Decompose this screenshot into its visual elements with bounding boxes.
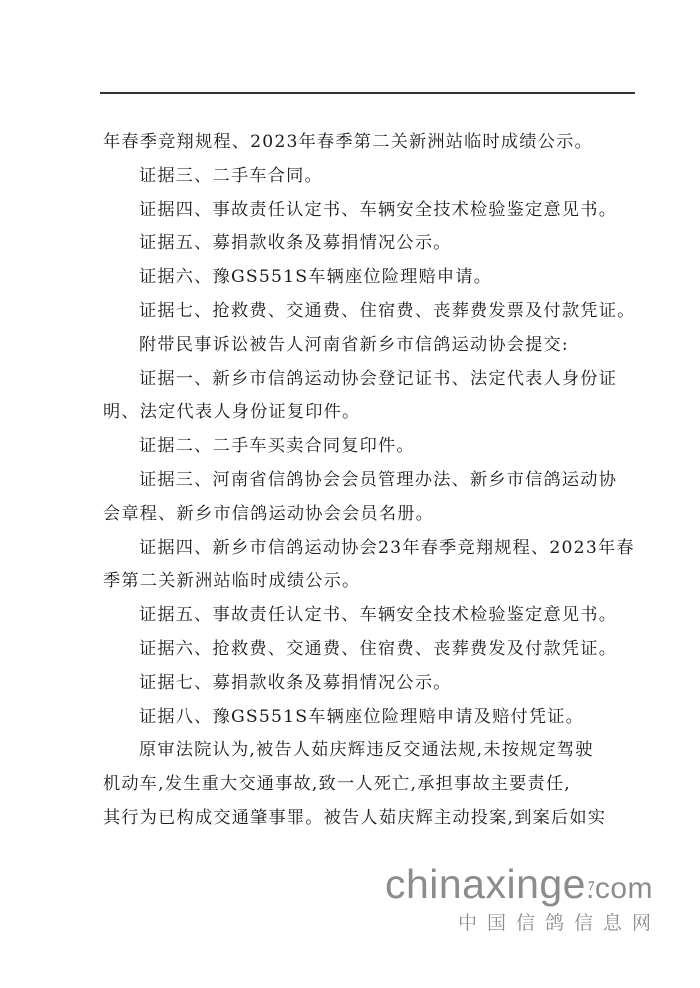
text-line: 证据六、豫GS551S车辆座位险理赔申请。 <box>103 261 633 295</box>
text-line: 附带民事诉讼被告人河南省新乡市信鸽运动协会提交: <box>103 329 633 363</box>
page-number: 7 <box>588 878 595 894</box>
watermark-site: chinaxinge <box>385 861 586 907</box>
watermark-name: 中国信鸽信息网 <box>383 911 661 935</box>
site-watermark: chinaxinge.com 中国信鸽信息网 <box>383 862 653 935</box>
document-body: 年春季竞翔规程、2023年春季第二关新洲站临时成绩公示。 证据三、二手车合同。 … <box>103 126 633 836</box>
text-line: 机动车,发生重大交通事故,致一人死亡,承担事故主要责任, <box>103 768 633 802</box>
text-line: 季第二关新洲站临时成绩公示。 <box>103 565 633 599</box>
text-line: 明、法定代表人身份证复印件。 <box>103 396 633 430</box>
text-line: 证据二、二手车买卖合同复印件。 <box>103 430 633 464</box>
text-line: 证据五、募捐款收条及募捐情况公示。 <box>103 227 633 261</box>
text-line: 证据八、豫GS551S车辆座位险理赔申请及赔付凭证。 <box>103 701 633 735</box>
watermark-tld: .com <box>586 872 653 905</box>
text-line: 证据五、事故责任认定书、车辆安全技术检验鉴定意见书。 <box>103 599 633 633</box>
text-line: 证据四、新乡市信鸽运动协会23年春季竞翔规程、2023年春 <box>103 532 633 566</box>
text-line: 证据四、事故责任认定书、车辆安全技术检验鉴定意见书。 <box>103 194 633 228</box>
text-line: 会章程、新乡市信鸽运动协会会员名册。 <box>103 498 633 532</box>
header-rule <box>100 92 635 94</box>
text-line: 证据七、抢救费、交通费、住宿费、丧葬费发票及付款凭证。 <box>103 295 633 329</box>
text-line: 其行为已构成交通肇事罪。被告人茹庆辉主动投案,到案后如实 <box>103 802 633 836</box>
text-line: 证据三、河南省信鸽协会会员管理办法、新乡市信鸽运动协 <box>103 464 633 498</box>
text-line: 原审法院认为,被告人茹庆辉违反交通法规,未按规定驾驶 <box>103 734 633 768</box>
text-line: 证据七、募捐款收条及募捐情况公示。 <box>103 667 633 701</box>
text-line: 证据三、二手车合同。 <box>103 160 633 194</box>
text-line: 年春季竞翔规程、2023年春季第二关新洲站临时成绩公示。 <box>103 126 633 160</box>
text-line: 证据六、抢救费、交通费、住宿费、丧葬费发及付款凭证。 <box>103 633 633 667</box>
text-line: 证据一、新乡市信鸽运动协会登记证书、法定代表人身份证 <box>103 363 633 397</box>
watermark-domain: chinaxinge.com <box>383 862 653 911</box>
